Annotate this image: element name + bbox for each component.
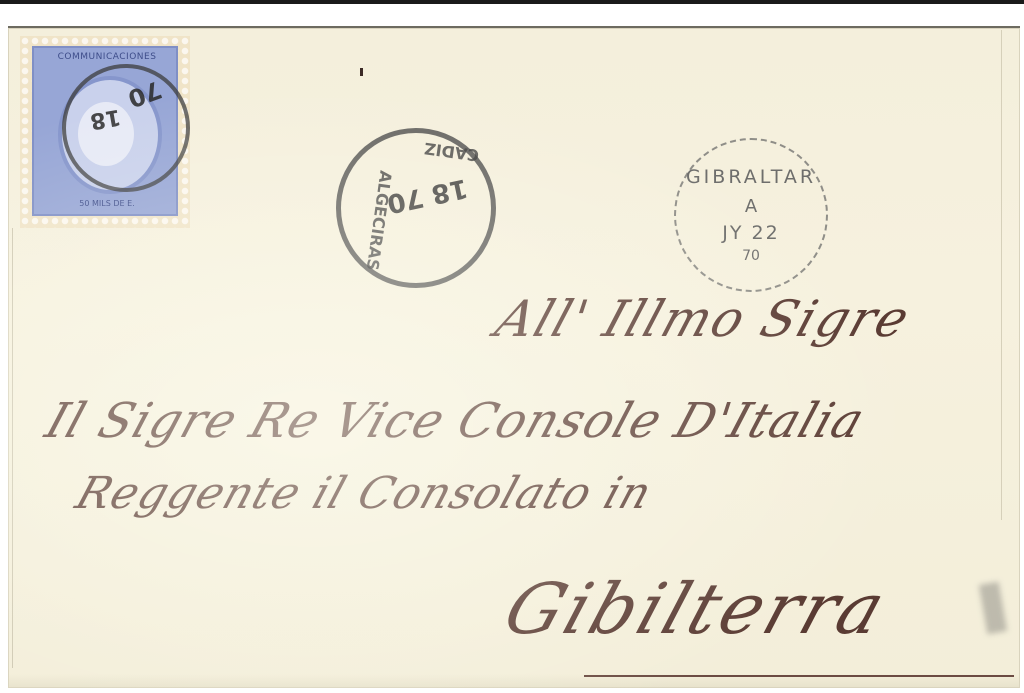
address-line-2: Il Sigre Re Vice Console D'Italia xyxy=(39,393,872,449)
address-city: Gibilterra xyxy=(495,568,898,650)
stamp-design: COMMUNICACIONES 50 MILS DE E. xyxy=(32,46,178,216)
arrival-postmark: GIBRALTAR A JY 22 70 xyxy=(674,138,828,292)
stamp-oval-frame xyxy=(58,76,162,194)
arrival-postmark-year: 70 xyxy=(676,248,826,264)
top-border xyxy=(0,0,1024,4)
ink-mark xyxy=(360,68,363,76)
stamp-top-text: COMMUNICACIONES xyxy=(40,52,174,62)
postal-cover: COMMUNICACIONES 50 MILS DE E. 18 70 ALGE… xyxy=(8,26,1020,688)
address-line-3: Reggente il Consolato in xyxy=(70,468,659,519)
ink-smudge xyxy=(979,582,1007,635)
origin-postmark-town: ALGECIRAS xyxy=(363,169,396,271)
arrival-postmark-town: GIBRALTAR xyxy=(676,166,826,188)
fold-edge-right xyxy=(1001,30,1014,520)
stamp-cancel-year: 70 xyxy=(124,75,165,113)
origin-postmark-province: CADIZ xyxy=(423,139,480,165)
postage-stamp: COMMUNICACIONES 50 MILS DE E. 18 70 xyxy=(20,36,190,228)
bottom-edge xyxy=(8,674,1020,688)
stamp-cancellation-ring xyxy=(62,64,190,192)
stamp-cancel-day: 18 xyxy=(88,104,123,134)
stamp-portrait-icon xyxy=(78,102,134,166)
address-line-1: All' Illmo Sigre xyxy=(489,290,918,348)
origin-postmark-date: 18 70 xyxy=(385,174,470,216)
arrival-postmark-code: A xyxy=(676,196,826,217)
arrival-postmark-date: JY 22 xyxy=(676,222,826,244)
city-underline xyxy=(584,675,1014,677)
origin-postmark: ALGECIRAS CADIZ 18 70 xyxy=(321,113,511,303)
fold-edge-left xyxy=(8,228,13,668)
stamp-value-text: 50 MILS DE E. xyxy=(38,199,176,208)
